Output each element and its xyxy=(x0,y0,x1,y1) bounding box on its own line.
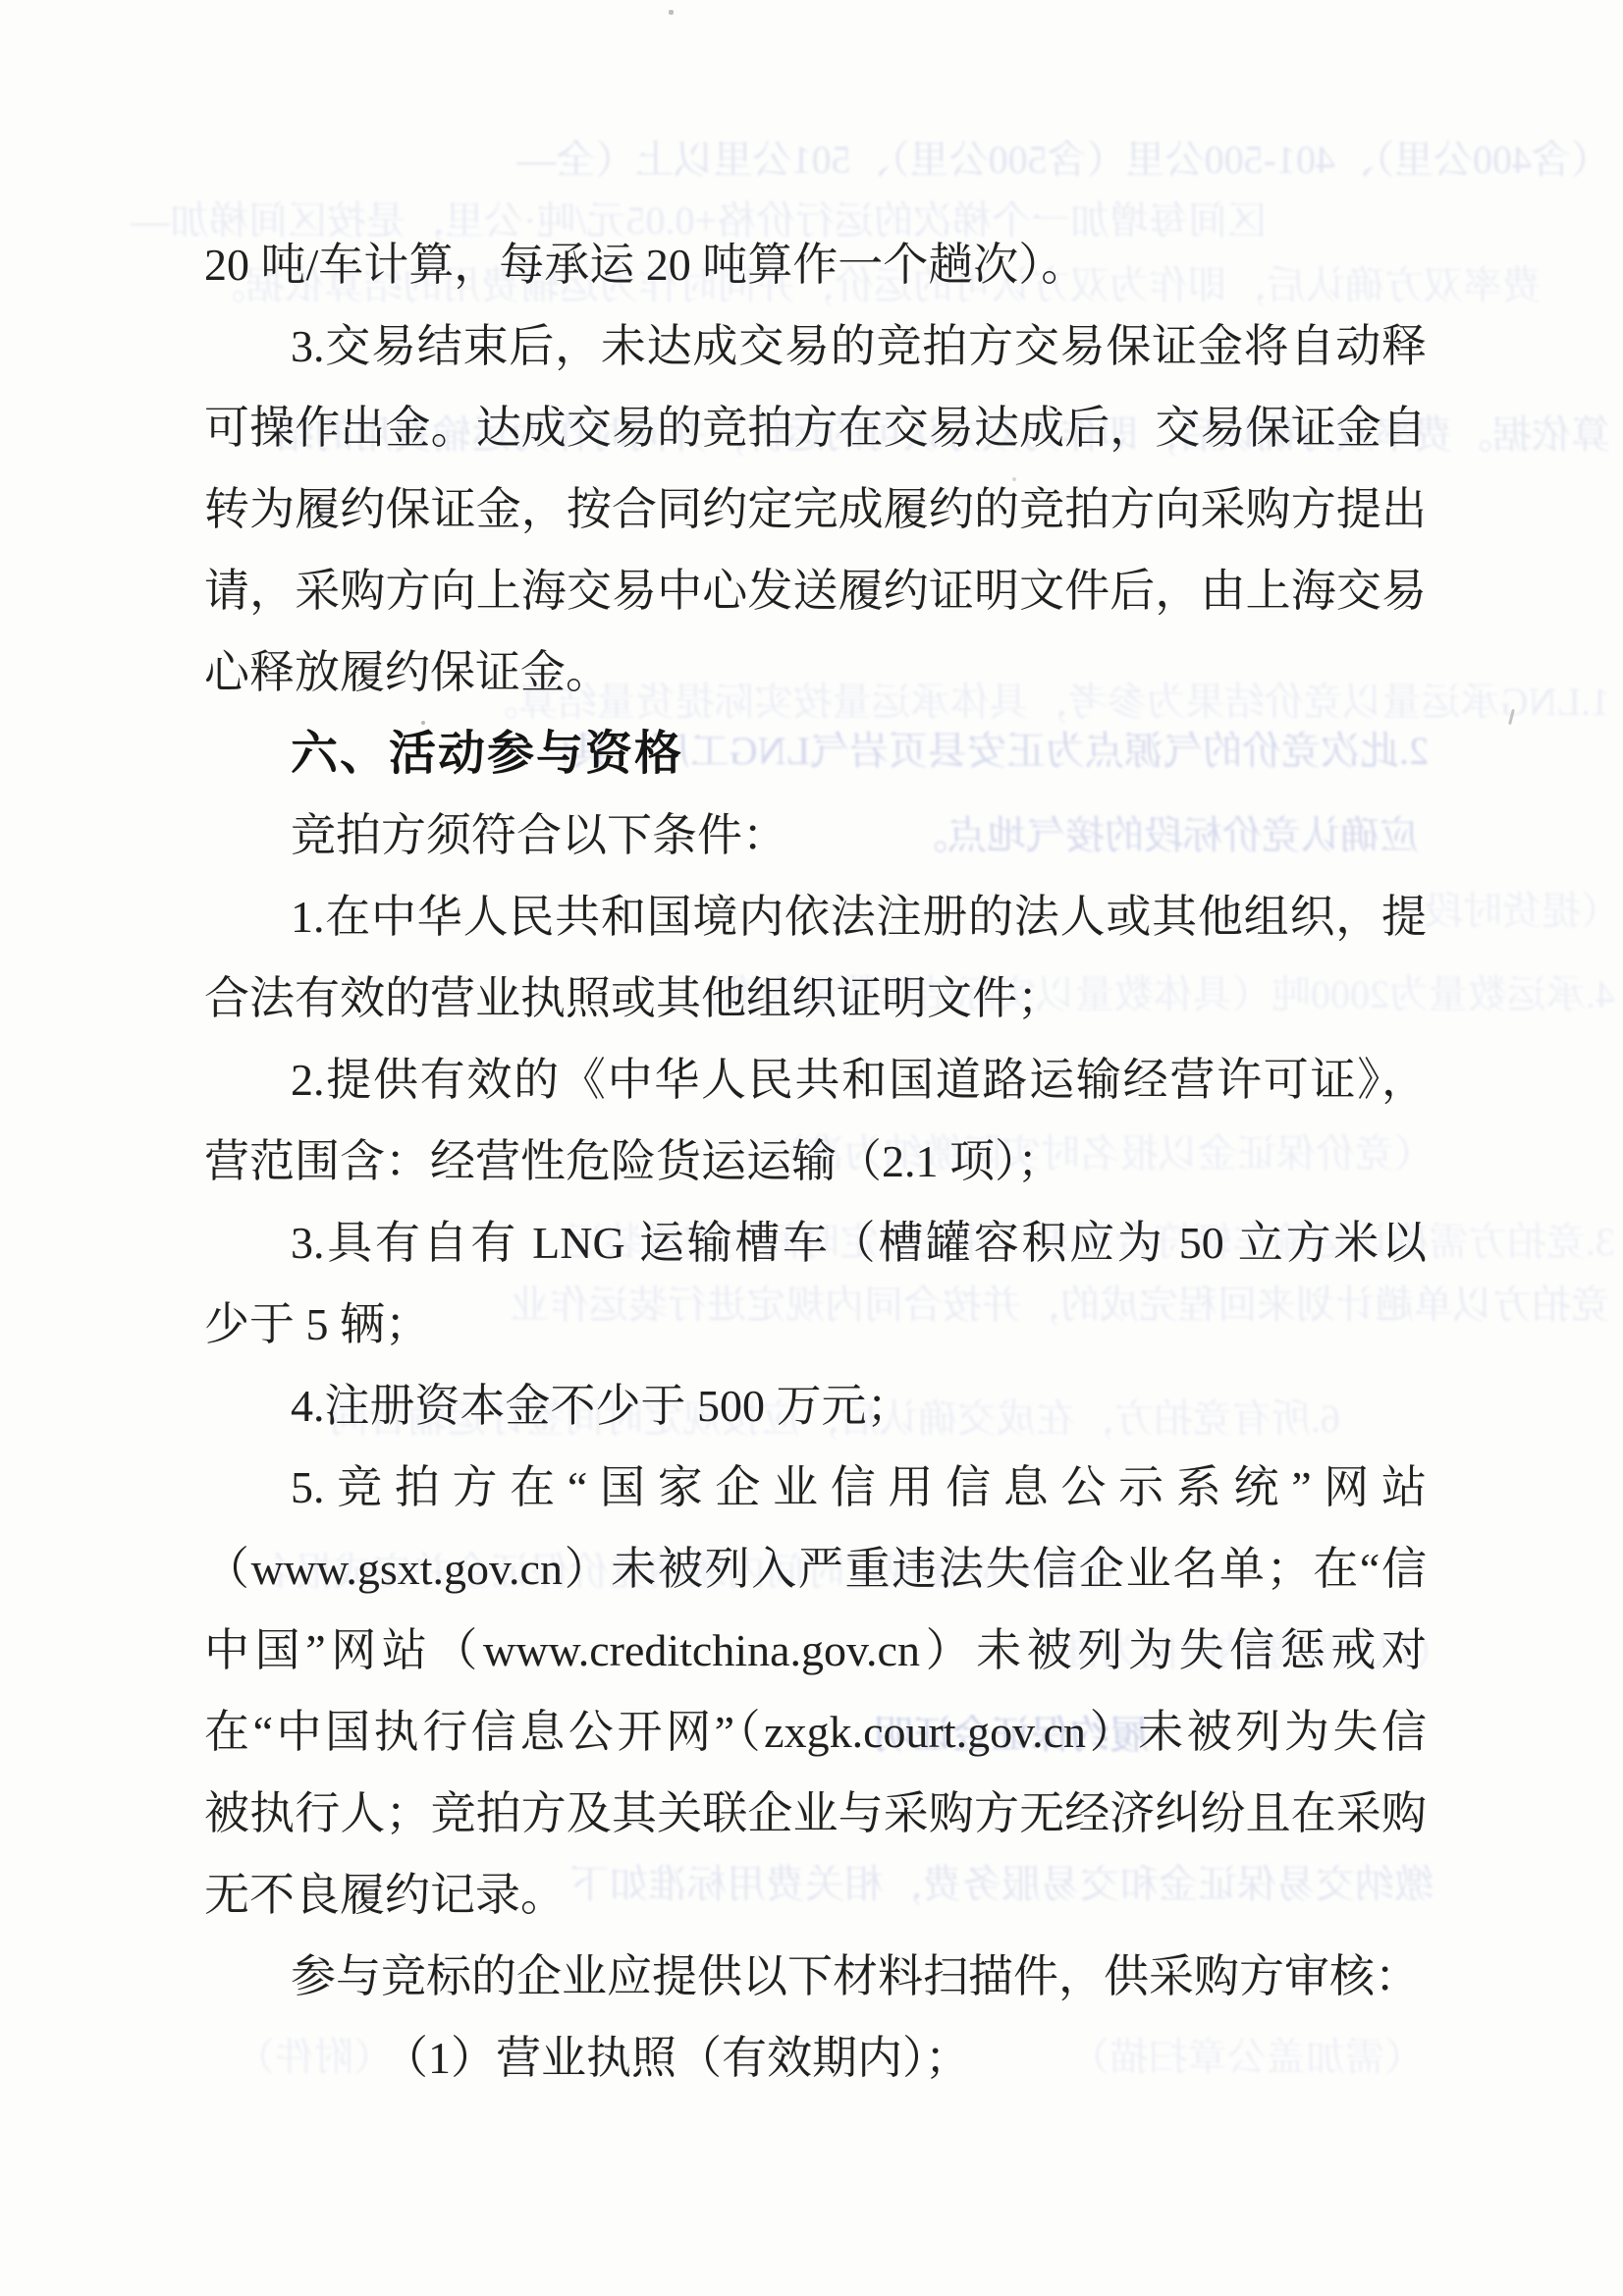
document-line: （1）营业执照（有效期内）； xyxy=(204,2017,1427,2099)
document-line: 1.在中华人民共和国境内依法注册的法人或其他组织，提供 xyxy=(204,876,1427,957)
document-line: 2.提供有效的《中华人民共和国道路运输经营许可证》，经 xyxy=(204,1039,1427,1121)
scan-speck xyxy=(1508,709,1515,725)
document-line: 心释放履约保证金。 xyxy=(204,631,1427,713)
document-line: 3.交易结束后，未达成交易的竞拍方交易保证金将自动释放， xyxy=(204,305,1427,387)
document-line: 少于 5 辆； xyxy=(204,1284,1427,1365)
document-line: 转为履约保证金，按合同约定完成履约的竞拍方向采购方提出申 xyxy=(204,468,1427,550)
document-line: 在“中国执行信息公开网”（zxgk.court.gov.cn）未被列为失信 xyxy=(204,1691,1427,1773)
document-body: 20 吨/车计算，每承运 20 吨算作一个趟次）。 3.交易结束后，未达成交易的… xyxy=(204,224,1427,2099)
document-line: 营范围含：经营性危险货运运输（2.1 项）； xyxy=(204,1121,1427,1202)
document-line: 被执行人；竞拍方及其关联企业与采购方无经济纠纷且在采购方 xyxy=(204,1773,1427,1854)
document-line: 20 吨/车计算，每承运 20 吨算作一个趟次）。 xyxy=(204,224,1427,305)
document-line: 请，采购方向上海交易中心发送履约证明文件后，由上海交易中 xyxy=(204,550,1427,631)
document-line: 3.具有自有 LNG 运输槽车（槽罐容积应为 50 立方米以上）不 xyxy=(204,1202,1427,1284)
document-line: 竞拍方须符合以下条件： xyxy=(204,794,1427,876)
document-line: 参与竞标的企业应提供以下材料扫描件，供采购方审核： xyxy=(204,1936,1427,2017)
document-line: 4.注册资本金不少于 500 万元； xyxy=(204,1365,1427,1447)
document-line: 5.竞拍方在“国家企业信用信息公示系统”网站 xyxy=(204,1447,1427,1528)
scan-speck xyxy=(669,10,674,15)
document-line: 可操作出金。达成交易的竞拍方在交易达成后，交易保证金自动 xyxy=(204,387,1427,468)
section-heading: 六、活动参与资格 xyxy=(204,713,1427,794)
document-line: 无不良履约记录。 xyxy=(204,1854,1427,1936)
document-line: （www.gsxt.gov.cn）未被列入严重违法失信企业名单；在“信用 xyxy=(204,1528,1427,1610)
document-line: 合法有效的营业执照或其他组织证明文件； xyxy=(204,957,1427,1039)
scanned-document-page: （含400公里）、401-500公里（含500公里）、501公里以上（全— 区间… xyxy=(0,0,1623,2296)
bleed-through-text: （含400公里）、401-500公里（含500公里）、501公里以上（全— xyxy=(108,137,1610,183)
document-line: 中国”网站（www.creditchina.gov.cn）未被列为失信惩戒对象； xyxy=(204,1610,1427,1691)
